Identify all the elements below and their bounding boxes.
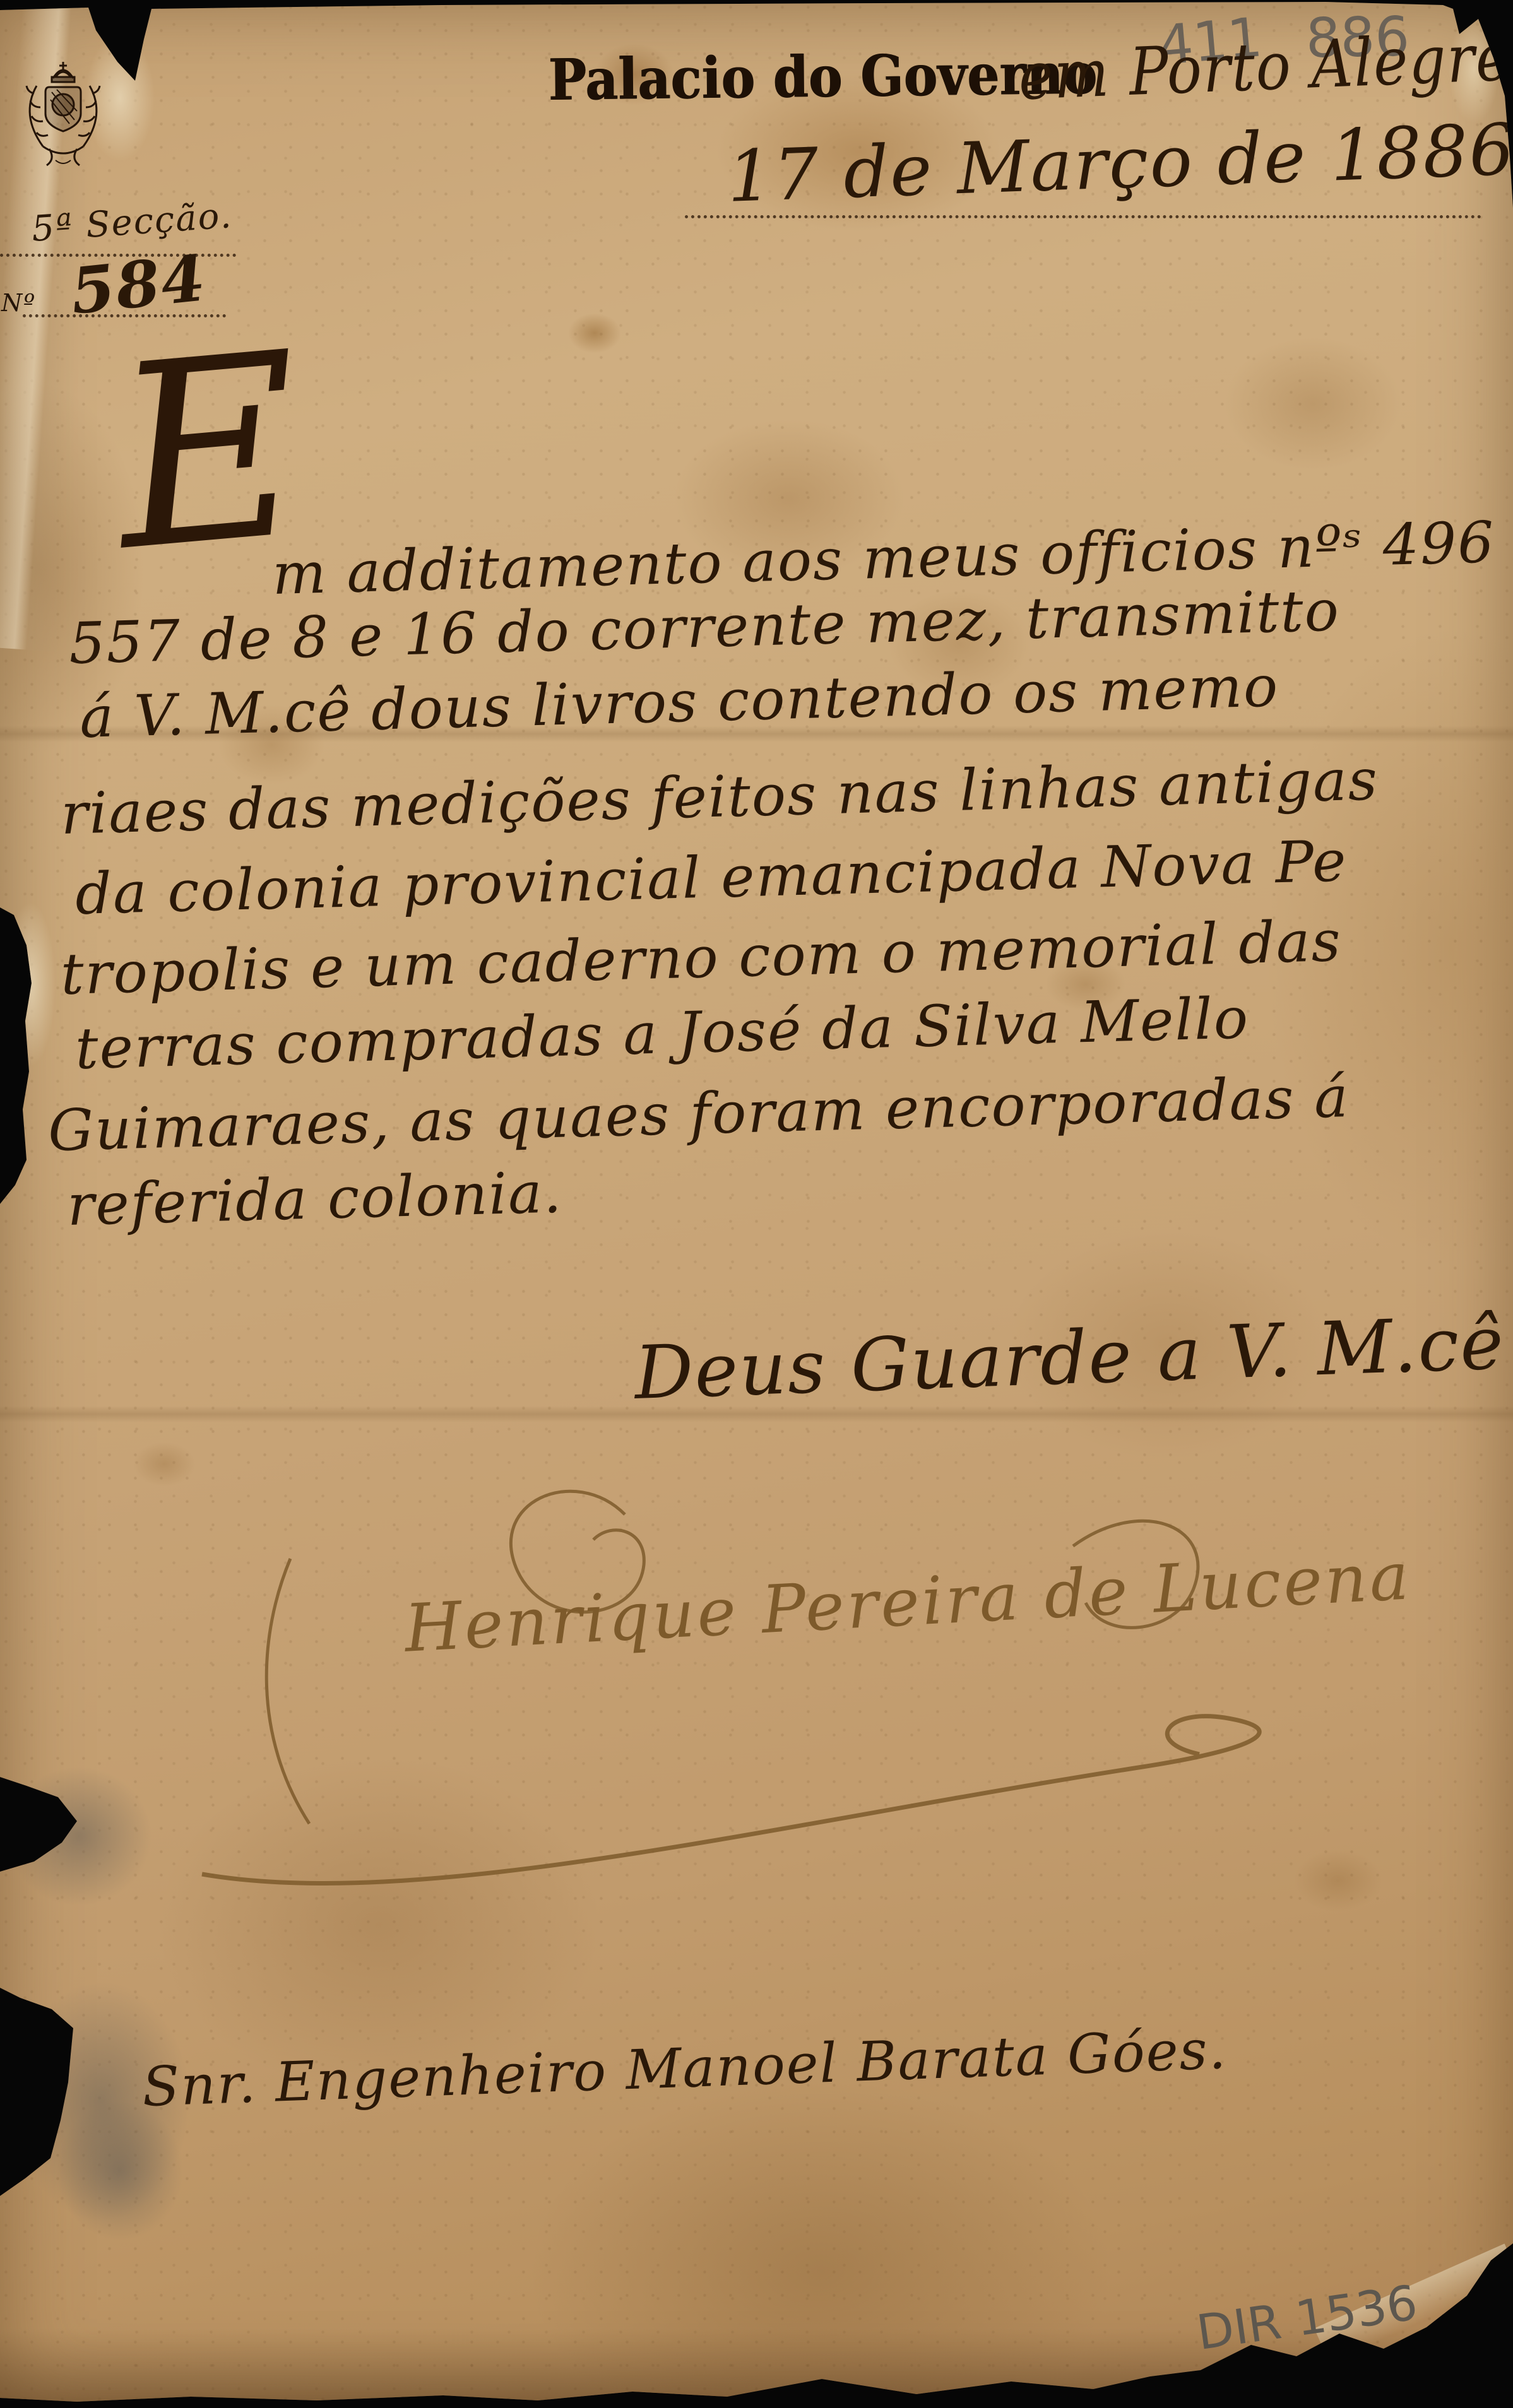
printed-number-label: Nº <box>1 289 36 317</box>
addressee-line: Snr. Engenheiro Manoel Barata Góes. <box>141 2018 1228 2119</box>
closing-salutation: Deus Guarde a V. M.cê <box>633 1301 1506 1416</box>
torn-fiber-highlight <box>5 902 56 1066</box>
signature-flourish <box>158 1470 1408 1899</box>
imperial-crest-icon <box>15 54 111 186</box>
handwritten-place: em Porto Alegre, <box>1018 18 1513 115</box>
body-line: referida colonia. <box>66 1159 564 1239</box>
handwritten-section: 5ª Secção. <box>30 195 234 250</box>
paper-sheet: 411886 Palacio do Governo em Porto Alegr… <box>0 0 1513 2408</box>
printed-dotted-rule-date <box>685 215 1481 218</box>
handwritten-date: 17 de Março de 1886 <box>726 109 1513 218</box>
body-line: Guimaraes, as quaes foram encorporadas á <box>47 1064 1350 1164</box>
letterhead-title: Palacio do Governo <box>548 40 1097 114</box>
soot-smudge <box>57 2101 183 2240</box>
soot-smudge <box>6 1767 151 1906</box>
scanned-letter-page: 411886 Palacio do Governo em Porto Alegr… <box>0 0 1513 2408</box>
